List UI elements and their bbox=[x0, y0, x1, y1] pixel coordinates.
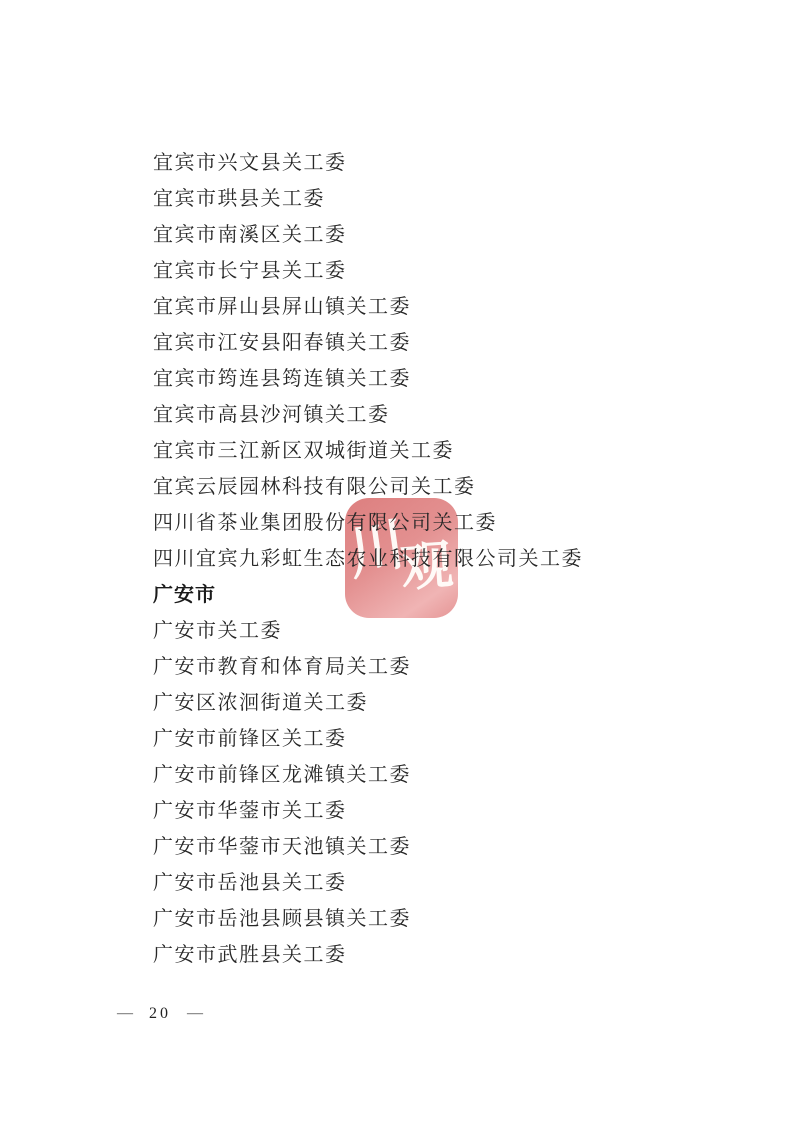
list-item: 广安市岳池县关工委 bbox=[153, 865, 583, 901]
list-item: 宜宾市长宁县关工委 bbox=[153, 253, 583, 289]
footer-left-dash: — bbox=[115, 1007, 135, 1021]
footer-right-dash: — bbox=[185, 1007, 205, 1021]
list-item: 广安市岳池县顾县镇关工委 bbox=[153, 901, 583, 937]
list-item: 广安市武胜县关工委 bbox=[153, 937, 583, 973]
list-item: 宜宾市三江新区双城街道关工委 bbox=[153, 433, 583, 469]
list-item: 宜宾市高县沙河镇关工委 bbox=[153, 397, 583, 433]
list-item: 广安市教育和体育局关工委 bbox=[153, 649, 583, 685]
list-item: 四川省茶业集团股份有限公司关工委 bbox=[153, 505, 583, 541]
list-item: 四川宜宾九彩虹生态农业科技有限公司关工委 bbox=[153, 541, 583, 577]
list-item: 宜宾市珙县关工委 bbox=[153, 181, 583, 217]
list-item: 广安市关工委 bbox=[153, 613, 583, 649]
organization-list: 宜宾市兴文县关工委宜宾市珙县关工委宜宾市南溪区关工委宜宾市长宁县关工委宜宾市屏山… bbox=[153, 145, 583, 973]
list-item: 广安市华蓥市天池镇关工委 bbox=[153, 829, 583, 865]
list-item: 广安市前锋区龙滩镇关工委 bbox=[153, 757, 583, 793]
list-item: 宜宾市屏山县屏山镇关工委 bbox=[153, 289, 583, 325]
list-item: 广安市华蓥市关工委 bbox=[153, 793, 583, 829]
list-item: 宜宾市兴文县关工委 bbox=[153, 145, 583, 181]
page-number: 20 bbox=[149, 1005, 171, 1023]
list-item: 宜宾市江安县阳春镇关工委 bbox=[153, 325, 583, 361]
section-heading: 广安市 bbox=[153, 577, 583, 613]
list-item: 宜宾市筠连县筠连镇关工委 bbox=[153, 361, 583, 397]
page-footer: — 20 — bbox=[115, 1005, 205, 1023]
document-page: 川 观 宜宾市兴文县关工委宜宾市珙县关工委宜宾市南溪区关工委宜宾市长宁县关工委宜… bbox=[0, 0, 793, 1122]
list-item: 宜宾云辰园林科技有限公司关工委 bbox=[153, 469, 583, 505]
list-item: 宜宾市南溪区关工委 bbox=[153, 217, 583, 253]
list-item: 广安市前锋区关工委 bbox=[153, 721, 583, 757]
list-item: 广安区浓洄街道关工委 bbox=[153, 685, 583, 721]
